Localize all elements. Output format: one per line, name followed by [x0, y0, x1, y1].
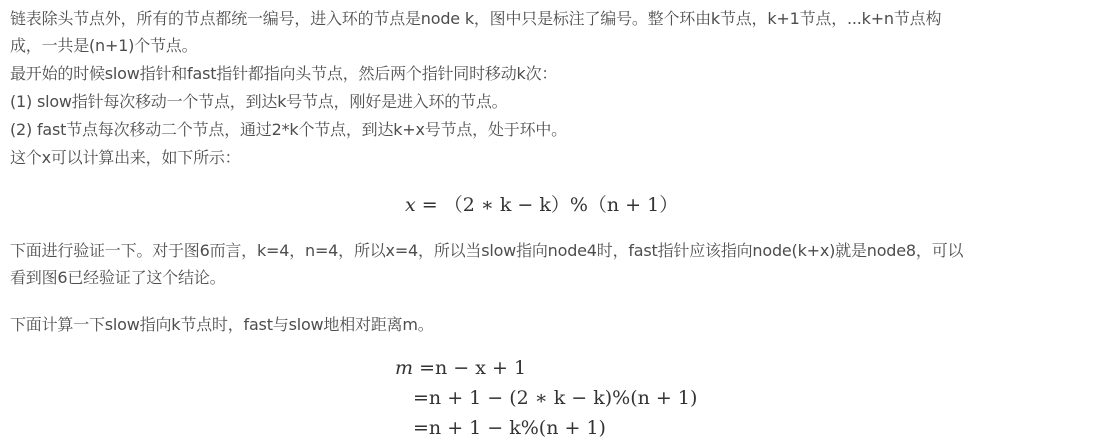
- paragraph-node-count: 成，一共是(n+1)个节点。: [10, 35, 197, 57]
- formula-m-rhs-1: =n − x + 1: [419, 357, 526, 379]
- paragraph-verification-cont: 看到图6已经验证了这个结论。: [10, 267, 225, 289]
- paragraph-node-numbering: 链表除头节点外，所有的节点都统一编号，进入环的节点是node k，图中只是标注了…: [10, 8, 941, 30]
- formula-m-lhs: m: [395, 357, 413, 379]
- paragraph-fast-step: (2) fast节点每次移动二个节点，通过2*k个节点，到达k+x号节点，处于环…: [10, 119, 567, 141]
- paragraph-slow-step: (1) slow指针每次移动一个节点，到达k号节点，刚好是进入环的节点。: [10, 91, 507, 113]
- paragraph-pointers-start: 最开始的时候slow指针和fast指针都指向头节点，然后两个指针同时移动k次：: [10, 63, 557, 85]
- formula-m-line-3: =n + 1 − k%(n + 1): [413, 417, 606, 439]
- formula-x: x = （2 ∗ k − k）%（n + 1）: [405, 190, 678, 217]
- paragraph-verification: 下面进行验证一下。对于图6而言，k=4，n=4，所以x=4，所以当slow指向n…: [10, 240, 963, 262]
- paragraph-x-intro: 这个x可以计算出来，如下所示：: [10, 147, 240, 169]
- formula-x-lhs: x: [405, 194, 416, 216]
- formula-m-line-1: m =n − x + 1: [395, 357, 526, 379]
- paragraph-m-intro: 下面计算一下slow指向k节点时，fast与slow地相对距离m。: [10, 314, 434, 336]
- formula-m-line-2: =n + 1 − (2 ∗ k − k)%(n + 1): [413, 387, 697, 409]
- formula-x-rhs: （2 ∗ k − k）%（n + 1）: [444, 194, 679, 216]
- formula-x-eq: =: [422, 194, 438, 216]
